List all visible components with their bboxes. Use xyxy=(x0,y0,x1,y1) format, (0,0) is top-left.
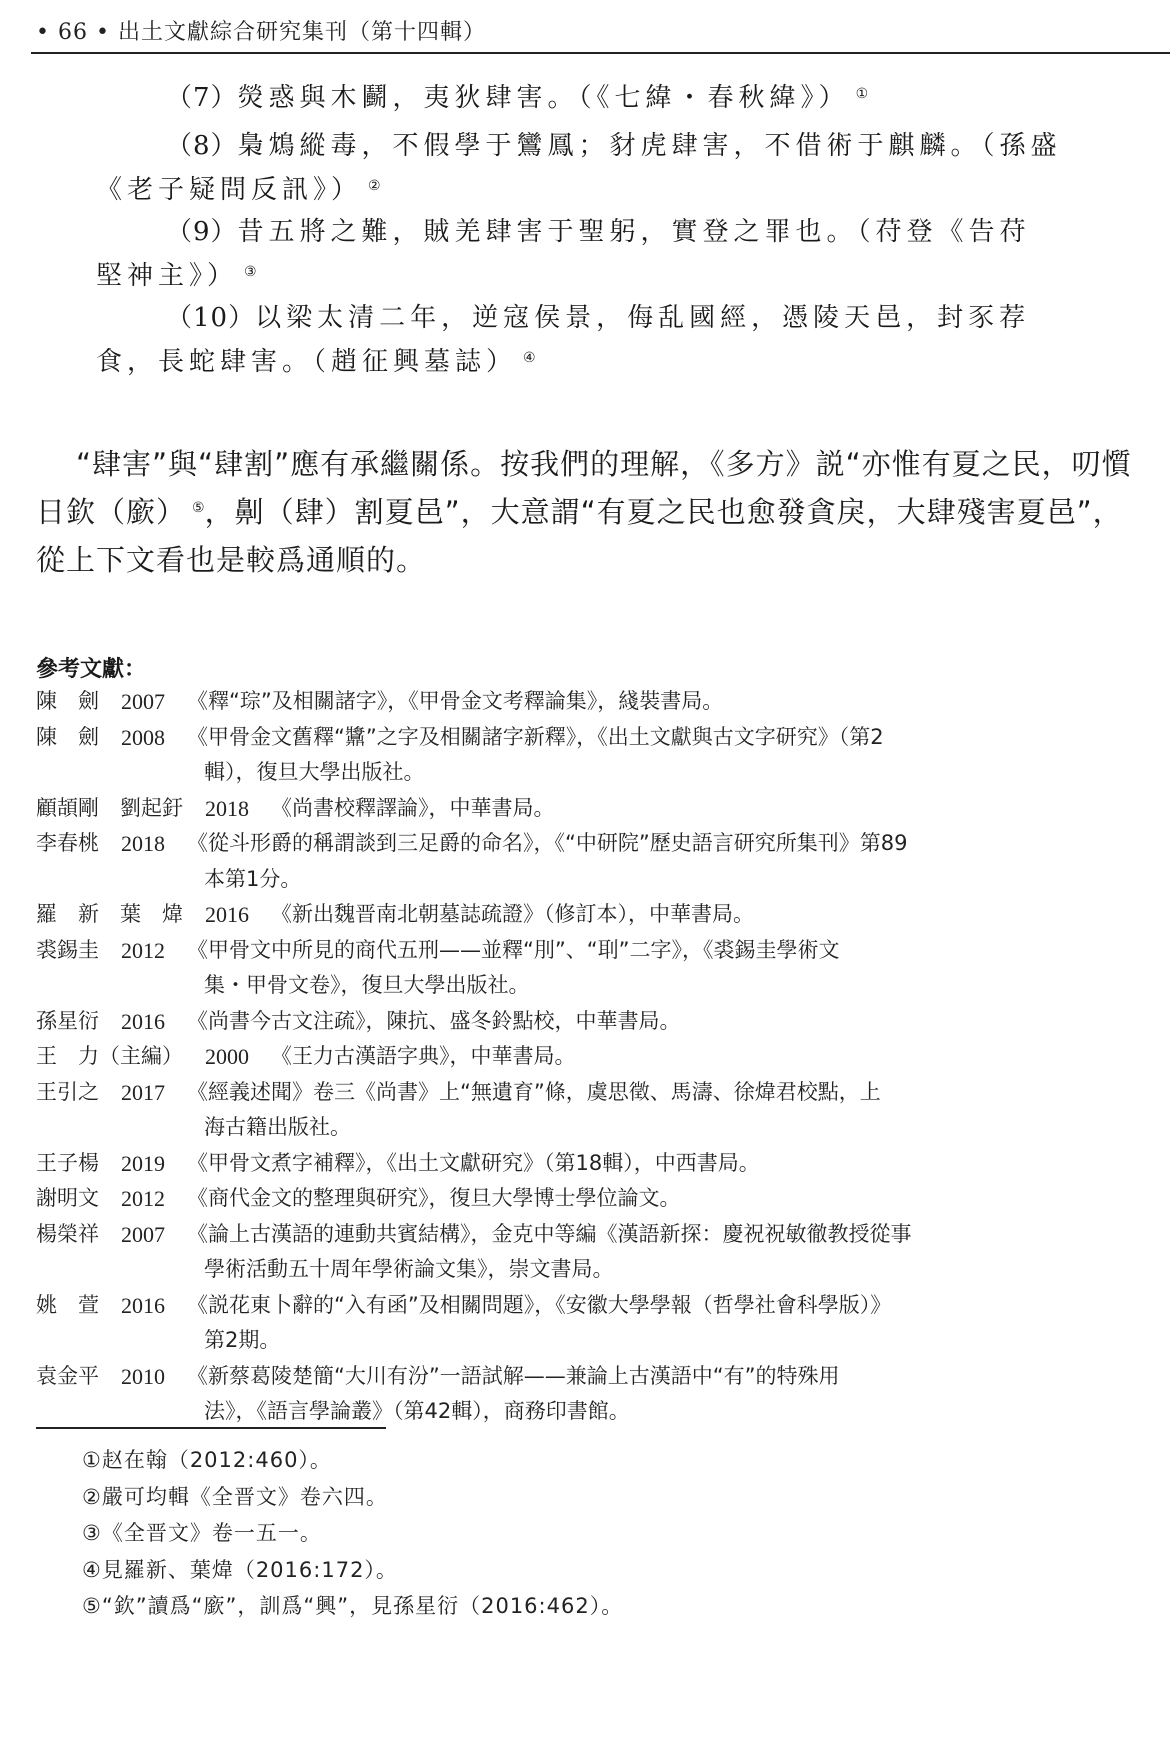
page-number: • 66 • xyxy=(36,20,110,45)
ref-text-continued: 本第1分。 xyxy=(36,862,1146,898)
ref-year: 2010 xyxy=(121,1359,165,1395)
ref-text: 《論上古漢語的連動共賓結構》，金克中等編《漢語新探：慶祝祝敏徹教授從事 xyxy=(187,1217,1146,1253)
ref-text-continued: 第2期。 xyxy=(36,1323,1146,1359)
body-paragraph: “肆害”與“肆割”應有承繼關係。按我們的理解，《多方》説“亦惟有夏之民，叨懫日欽… xyxy=(36,440,1146,584)
ref-text: 《釋“琮”及相關諸字》，《甲骨金文考釋論集》，綫裝書局。 xyxy=(187,684,1146,720)
reference-item: 孫星衍2016《尚書今古文注疏》，陳抗、盛冬鈴點校，中華書局。 xyxy=(36,1004,1146,1040)
ref-author: 王 力（主編） xyxy=(36,1039,183,1075)
ref-year: 2000 xyxy=(205,1039,249,1075)
quote-continuation: 《老子疑問反訊》） xyxy=(96,175,362,205)
footnote-5: ⑤“欽”讀爲“廞”，訓爲“興”，見孫星衍（2016:462）。 xyxy=(82,1588,1082,1625)
ref-text-continued: 集・甲骨文卷》，復旦大學出版社。 xyxy=(36,968,1146,1004)
quote-10: （10）以梁太清二年，逆寇侯景，侮乱國經，憑陵天邑，封豕荐 食，長蛇肆害。（趙征… xyxy=(96,298,1096,382)
journal-title: 出土文獻綜合研究集刊（第十四輯） xyxy=(118,20,486,45)
reference-item: 姚 萱2016《説花東卜辭的“入有函”及相關問題》，《安徽大學學報（哲學社會科學… xyxy=(36,1288,1146,1359)
footnote-marker[interactable]: ⑤ xyxy=(192,500,205,516)
ref-text: 《從斗形爵的稱謂談到三足爵的命名》，《“中研院”歷史語言研究所集刊》第89 xyxy=(187,826,1146,862)
quote-number: （10） xyxy=(166,303,255,333)
ref-text: 《王力古漢語字典》，中華書局。 xyxy=(271,1039,1146,1075)
ref-text: 《新蔡葛陵楚簡“大川有汾”一語試解——兼論上古漢語中“有”的特殊用 xyxy=(187,1359,1146,1395)
references-title: 參考文獻： xyxy=(36,652,146,683)
footnote-2: ②嚴可均輯《全晋文》卷六四。 xyxy=(82,1479,1082,1516)
footnote-4: ④見羅新、葉煒（2016:172）。 xyxy=(82,1552,1082,1589)
ref-author: 陳 劍 xyxy=(36,684,99,720)
ref-year: 2018 xyxy=(205,791,249,827)
ref-text: 《商代金文的整理與研究》，復旦大學博士學位論文。 xyxy=(187,1181,1146,1217)
quote-continuation: 堅神主》） xyxy=(96,261,238,291)
ref-text: 《甲骨金文舊釋“䵼”之字及相關諸字新釋》，《出土文獻與古文字研究》（第2 xyxy=(187,720,1146,756)
ref-year: 2016 xyxy=(121,1288,165,1324)
ref-author: 謝明文 xyxy=(36,1181,99,1217)
footnotes: ①赵在翰（2012:460）。 ②嚴可均輯《全晋文》卷六四。 ③《全晋文》卷一五… xyxy=(82,1442,1082,1625)
reference-item: 楊榮祥2007《論上古漢語的連動共賓結構》，金克中等編《漢語新探：慶祝祝敏徹教授… xyxy=(36,1217,1146,1288)
footnote-marker[interactable]: ③ xyxy=(244,264,257,280)
footnote-rule xyxy=(36,1427,386,1429)
ref-text: 《尚書今古文注疏》，陳抗、盛冬鈴點校，中華書局。 xyxy=(187,1004,1146,1040)
ref-author: 李春桃 xyxy=(36,826,99,862)
reference-item: 陳 劍2007《釋“琮”及相關諸字》，《甲骨金文考釋論集》，綫裝書局。 xyxy=(36,684,1146,720)
quote-8: （8）梟鴆縱毒，不假學于鸞鳳；豺虎肆害，不借術于麒麟。（孫盛 《老子疑問反訊》）… xyxy=(96,126,1096,210)
quote-9: （9）昔五將之難，賊羌肆害于聖躬，實登之罪也。（苻登《告苻 堅神主》）③ xyxy=(96,212,1096,296)
footnote-marker[interactable]: ① xyxy=(856,86,869,102)
quote-text: 以梁太清二年，逆寇侯景，侮乱國經，憑陵天邑，封豕荐 xyxy=(255,303,1030,333)
ref-author: 王子楊 xyxy=(36,1146,99,1182)
ref-text: 《甲骨文中所見的商代五刑——並釋“刖”、“刵”二字》，《裘錫圭學術文 xyxy=(187,933,1146,969)
ref-year: 2016 xyxy=(205,897,249,933)
ref-year: 2017 xyxy=(121,1075,165,1111)
ref-author: 羅 新 葉 煒 xyxy=(36,897,183,933)
ref-author: 顧頡剛 劉起釪 xyxy=(36,791,183,827)
ref-year: 2012 xyxy=(121,933,165,969)
quote-text: 熒惑與木鬬，夷狄肆害。（《七緯・春秋緯》） xyxy=(238,83,850,113)
ref-text: 《甲骨文煮字補釋》，《出土文獻研究》（第18輯），中西書局。 xyxy=(187,1146,1146,1182)
quote-number: （8） xyxy=(166,131,238,161)
ref-author: 裘錫圭 xyxy=(36,933,99,969)
ref-author: 姚 萱 xyxy=(36,1288,99,1324)
running-header: • 66 • 出土文獻綜合研究集刊（第十四輯） xyxy=(36,18,1170,48)
ref-text-continued: 海古籍出版社。 xyxy=(36,1110,1146,1146)
reference-item: 謝明文2012《商代金文的整理與研究》，復旦大學博士學位論文。 xyxy=(36,1181,1146,1217)
ref-year: 2007 xyxy=(121,684,165,720)
ref-year: 2008 xyxy=(121,720,165,756)
footnote-marker[interactable]: ② xyxy=(368,178,381,194)
quote-number: （9） xyxy=(166,217,238,247)
reference-item: 王子楊2019《甲骨文煮字補釋》，《出土文獻研究》（第18輯），中西書局。 xyxy=(36,1146,1146,1182)
quote-7: （7）熒惑與木鬬，夷狄肆害。（《七緯・春秋緯》）① xyxy=(96,78,1096,118)
ref-text-continued: 學術活動五十周年學術論文集》，崇文書局。 xyxy=(36,1252,1146,1288)
ref-text-continued: 輯），復旦大學出版社。 xyxy=(36,755,1146,791)
ref-text: 《新出魏晋南北朝墓誌疏證》（修訂本），中華書局。 xyxy=(271,897,1146,933)
ref-author: 楊榮祥 xyxy=(36,1217,99,1253)
ref-text: 《經義述聞》卷三《尚書》上“無遺育”條，虞思徵、馬濤、徐煒君校點，上 xyxy=(187,1075,1146,1111)
reference-item: 陳 劍2008《甲骨金文舊釋“䵼”之字及相關諸字新釋》，《出土文獻與古文字研究》… xyxy=(36,720,1146,791)
header-rule xyxy=(31,52,1170,54)
ref-year: 2007 xyxy=(121,1217,165,1253)
reference-item: 羅 新 葉 煒2016《新出魏晋南北朝墓誌疏證》（修訂本），中華書局。 xyxy=(36,897,1146,933)
reference-item: 王引之2017《經義述聞》卷三《尚書》上“無遺育”條，虞思徵、馬濤、徐煒君校點，… xyxy=(36,1075,1146,1146)
footnote-3: ③《全晋文》卷一五一。 xyxy=(82,1515,1082,1552)
reference-item: 袁金平2010《新蔡葛陵楚簡“大川有汾”一語試解——兼論上古漢語中“有”的特殊用… xyxy=(36,1359,1146,1430)
ref-text: 《尚書校釋譯論》，中華書局。 xyxy=(271,791,1146,827)
footnote-1: ①赵在翰（2012:460）。 xyxy=(82,1442,1082,1479)
reference-item: 顧頡剛 劉起釪2018《尚書校釋譯論》，中華書局。 xyxy=(36,791,1146,827)
ref-year: 2012 xyxy=(121,1181,165,1217)
quote-continuation: 食，長蛇肆害。（趙征興墓誌） xyxy=(96,347,517,377)
ref-author: 王引之 xyxy=(36,1075,99,1111)
ref-year: 2018 xyxy=(121,826,165,862)
ref-year: 2016 xyxy=(121,1004,165,1040)
ref-text: 《説花東卜辭的“入有函”及相關問題》，《安徽大學學報（哲學社會科學版）》 xyxy=(187,1288,1146,1324)
quote-text: 梟鴆縱毒，不假學于鸞鳳；豺虎肆害，不借術于麒麟。（孫盛 xyxy=(238,131,1062,161)
quote-number: （7） xyxy=(166,83,238,113)
ref-author: 袁金平 xyxy=(36,1359,99,1395)
ref-text-continued: 法》，《語言學論叢》（第42輯），商務印書館。 xyxy=(36,1394,1146,1430)
reference-item: 李春桃2018《從斗形爵的稱謂談到三足爵的命名》，《“中研院”歷史語言研究所集刊… xyxy=(36,826,1146,897)
ref-author: 孫星衍 xyxy=(36,1004,99,1040)
ref-year: 2019 xyxy=(121,1146,165,1182)
reference-item: 王 力（主編）2000《王力古漢語字典》，中華書局。 xyxy=(36,1039,1146,1075)
ref-author: 陳 劍 xyxy=(36,720,99,756)
footnote-marker[interactable]: ④ xyxy=(523,350,536,366)
reference-item: 裘錫圭2012《甲骨文中所見的商代五刑——並釋“刖”、“刵”二字》，《裘錫圭學術… xyxy=(36,933,1146,1004)
quote-text: 昔五將之難，賊羌肆害于聖躬，實登之罪也。（苻登《告苻 xyxy=(238,217,1031,247)
references-list: 陳 劍2007《釋“琮”及相關諸字》，《甲骨金文考釋論集》，綫裝書局。 陳 劍2… xyxy=(36,684,1146,1430)
